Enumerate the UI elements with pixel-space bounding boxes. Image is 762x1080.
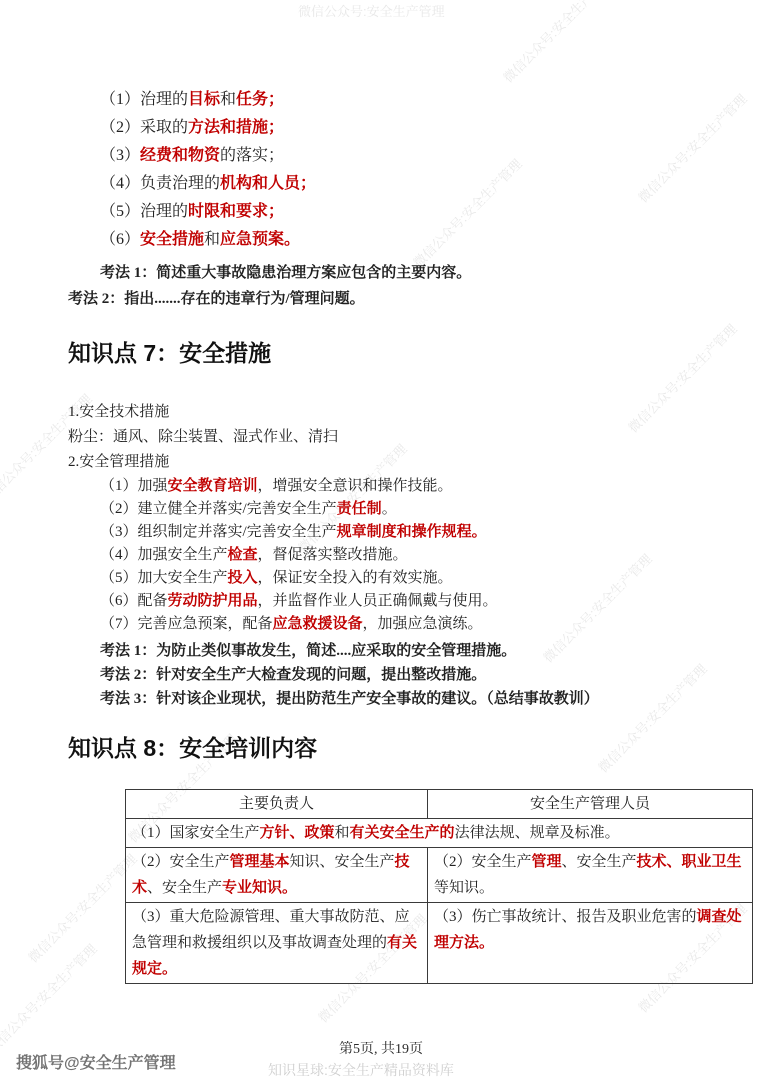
kaofa-group: 考法 1：简述重大事故隐患治理方案应包含的主要内容。 考法 2：指出......… [68,260,643,312]
kaofa-line: 考法 3：针对该企业现状，提出防范生产安全事故的建议。（总结事故教训） [68,687,643,711]
list-item: （1）治理的目标和任务； [68,86,643,114]
list-item: （5）加大安全生产投入，保证安全投入的有效实施。 [68,567,643,590]
table-header-cell: 主要负责人 [126,790,428,819]
sohu-watermark: 搜狐号@安全生产管理 [16,1050,176,1073]
list-item: （6）安全措施和应急预案。 [68,226,643,254]
list-item: （3）经费和物资的落实； [68,142,643,170]
list-item: （2）建立健全并落实/完善安全生产责任制。 [68,498,643,521]
table-cell: （2）安全生产管理、安全生产技术、职业卫生等知识。 [428,848,753,903]
section-heading-kp8: 知识点 8：安全培训内容 [68,733,643,763]
list-item: （6）配备劳动防护用品，并监督作业人员正确佩戴与使用。 [68,590,643,613]
section-heading-kp7: 知识点 7：安全措施 [68,338,643,368]
kaofa-line: 考法 2：针对安全生产大检查发现的问题，提出整改措施。 [68,663,643,687]
kaofa-group: 考法 1：为防止类似事故发生，简述....应采取的安全管理措施。 考法 2：针对… [68,639,643,711]
kaofa-line: 考法 1：为防止类似事故发生，简述....应采取的安全管理措施。 [68,639,643,663]
text-line: 2.安全管理措施 [68,450,643,475]
governance-plan-list: （1）治理的目标和任务； （2）采取的方法和措施； （3）经费和物资的落实； （… [68,86,643,254]
kaofa-line: 考法 1：简述重大事故隐患治理方案应包含的主要内容。 [68,260,643,286]
list-item: （3）组织制定并落实/完善安全生产规章制度和操作规程。 [68,521,643,544]
list-item: （1）加强安全教育培训，增强安全意识和操作技能。 [68,475,643,498]
wechat-watermark: 微信公众号:安全生产管理 [633,89,750,206]
table-row: （1）国家安全生产方针、政策和有关安全生产的法律法规、规章及标准。 [126,819,753,848]
table-row: （2）安全生产管理基本知识、安全生产技术、安全生产专业知识。 （2）安全生产管理… [126,848,753,903]
table-cell: （3）伤亡事故统计、报告及职业危害的调查处理方法。 [428,903,753,984]
wechat-watermark: 微信公众号:安全生产管理 [298,1,445,20]
table-cell-merged: （1）国家安全生产方针、政策和有关安全生产的法律法规、规章及标准。 [126,819,753,848]
list-item: （4）加强安全生产检查，督促落实整改措施。 [68,544,643,567]
text-line: 1.安全技术措施 [68,400,643,425]
table-cell: （2）安全生产管理基本知识、安全生产技术、安全生产专业知识。 [126,848,428,903]
list-item: （2）采取的方法和措施； [68,114,643,142]
table-header-cell: 安全生产管理人员 [428,790,753,819]
training-content-table: 主要负责人 安全生产管理人员 （1）国家安全生产方针、政策和有关安全生产的法律法… [125,789,753,984]
document-content: （1）治理的目标和任务； （2）采取的方法和措施； （3）经费和物资的落实； （… [68,86,643,984]
kaofa-line: 考法 2：指出.......存在的违章行为/管理问题。 [68,286,643,312]
management-measures-list: （1）加强安全教育培训，增强安全意识和操作技能。 （2）建立健全并落实/完善安全… [68,475,643,636]
list-item: （4）负责治理的机构和人员； [68,170,643,198]
kp7-intro: 1.安全技术措施 粉尘：通风、除尘装置、湿式作业、清扫 2.安全管理措施 [68,400,643,475]
list-item: （7）完善应急预案，配备应急救援设备，加强应急演练。 [68,613,643,636]
text-line: 粉尘：通风、除尘装置、湿式作业、清扫 [68,425,643,450]
document-page: 微信公众号:安全生产管理 微信公众号:安全生产管理 微信公众号:安全生产管理 微… [0,0,762,1080]
table-row: （3）重大危险源管理、重大事故防范、应急管理和救援组织以及事故调查处理的有关规定… [126,903,753,984]
table-header-row: 主要负责人 安全生产管理人员 [126,790,753,819]
wechat-watermark: 微信公众号:安全生产管理 [498,0,615,86]
list-item: （5）治理的时限和要求； [68,198,643,226]
zsxq-watermark: 知识星球:安全生产精品资料库 [268,1060,454,1080]
table-cell: （3）重大危险源管理、重大事故防范、应急管理和救援组织以及事故调查处理的有关规定… [126,903,428,984]
